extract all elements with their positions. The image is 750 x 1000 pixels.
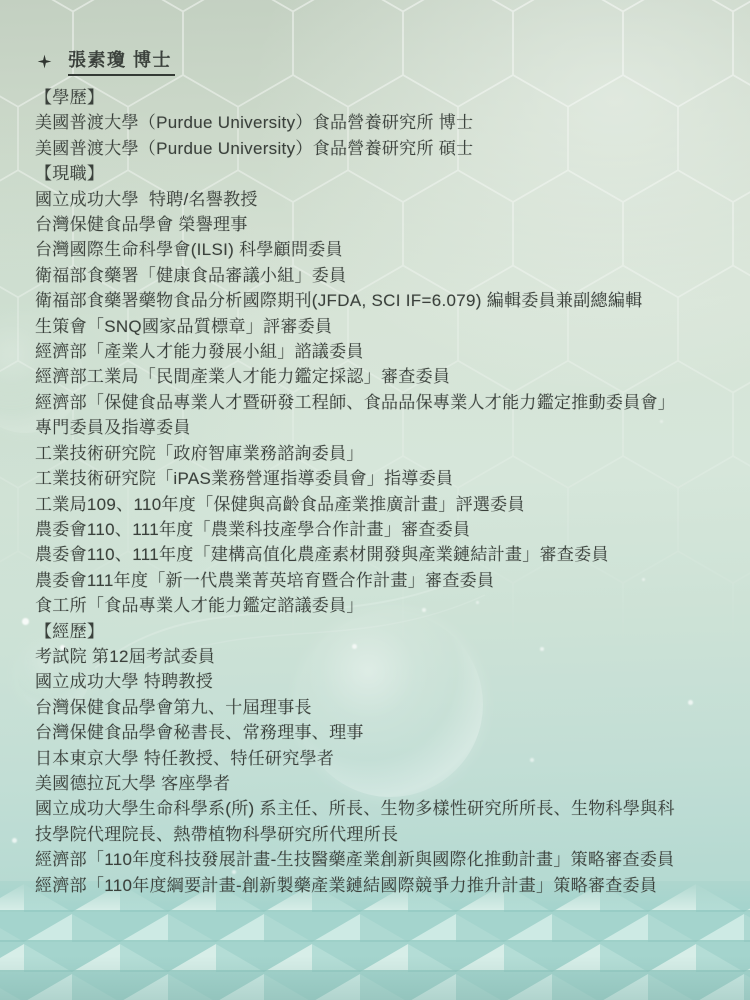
bio-line: 經濟部「110年度科技發展計畫-生技醫藥產業創新與國際化推動計畫」策略審查委員	[35, 847, 730, 872]
bio-line: 國立成功大學生命科學系(所) 系主任、所長、生物多樣性研究所所長、生物科學與科	[35, 796, 730, 821]
bio-line: 農委會111年度「新一代農業菁英培育暨合作計畫」審查委員	[35, 568, 730, 593]
bio-line: 生策會「SNQ國家品質標章」評審委員	[35, 314, 730, 339]
title-row: 張素瓊 博士	[35, 46, 730, 76]
page-title: 張素瓊 博士	[68, 46, 175, 76]
bio-line: 工業局109、110年度「保健與高齡食品產業推廣計畫」評選委員	[35, 492, 730, 517]
star-bullet-icon	[37, 54, 52, 69]
bio-line: 專門委員及指導委員	[35, 415, 730, 440]
wave-shadow	[0, 956, 750, 1000]
bio-line: 國立成功大學 特聘/名譽教授	[35, 187, 730, 212]
bio-line: 農委會110、111年度「農業科技產學合作計畫」審查委員	[35, 517, 730, 542]
section-header-education: 【學歷】	[35, 85, 730, 110]
bio-content-block: 張素瓊 博士 【學歷】 美國普渡大學（Purdue University）食品營…	[35, 46, 730, 898]
bio-line: 美國普渡大學（Purdue University）食品營養研究所 碩士	[35, 136, 730, 161]
bio-line: 日本東京大學 特任教授、特任研究學者	[35, 746, 730, 771]
bio-line: 國立成功大學 特聘教授	[35, 669, 730, 694]
bio-line: 衛福部食藥署藥物食品分析國際期刊(JFDA, SCI IF=6.079) 編輯委…	[35, 288, 730, 313]
section-header-experience: 【經歷】	[35, 619, 730, 644]
bio-line: 衛福部食藥署「健康食品審議小組」委員	[35, 263, 730, 288]
bio-line: 考試院 第12屆考試委員	[35, 644, 730, 669]
bokeh-dot	[22, 618, 29, 625]
bio-line: 工業技術研究院「政府智庫業務諮詢委員」	[35, 441, 730, 466]
bio-line: 經濟部「110年度綱要計畫-創新製藥產業鏈結國際競爭力推升計畫」策略審查委員	[35, 873, 730, 898]
bio-lines: 【學歷】 美國普渡大學（Purdue University）食品營養研究所 博士…	[35, 85, 730, 898]
wave-pattern	[0, 882, 750, 1000]
bio-line: 經濟部「保健食品專業人才暨研發工程師、食品品保專業人才能力鑑定推動委員會」	[35, 390, 730, 415]
bio-line: 美國普渡大學（Purdue University）食品營養研究所 博士	[35, 110, 730, 135]
bio-line: 食工所「食品專業人才能力鑑定諮議委員」	[35, 593, 730, 618]
bio-line: 技學院代理院長、熱帶植物科學研究所代理所長	[35, 822, 730, 847]
section-header-current-positions: 【現職】	[35, 161, 730, 186]
bio-line: 經濟部工業局「民間產業人才能力鑑定採認」審查委員	[35, 364, 730, 389]
bio-line: 工業技術研究院「iPAS業務營運指導委員會」指導委員	[35, 466, 730, 491]
bio-line: 美國德拉瓦大學 客座學者	[35, 771, 730, 796]
bio-line: 農委會110、111年度「建構高值化農產素材開發與產業鏈結計畫」審查委員	[35, 542, 730, 567]
bio-line: 台灣保健食品學會第九、十屆理事長	[35, 695, 730, 720]
bokeh-dot	[12, 838, 17, 843]
bio-line: 台灣國際生命科學會(ILSI) 科學顧問委員	[35, 237, 730, 262]
bio-line: 經濟部「產業人才能力發展小組」諮議委員	[35, 339, 730, 364]
slide-background: 張素瓊 博士 【學歷】 美國普渡大學（Purdue University）食品營…	[0, 0, 750, 1000]
bio-line: 台灣保健食品學會秘書長、常務理事、理事	[35, 720, 730, 745]
bio-line: 台灣保健食品學會 榮譽理事	[35, 212, 730, 237]
